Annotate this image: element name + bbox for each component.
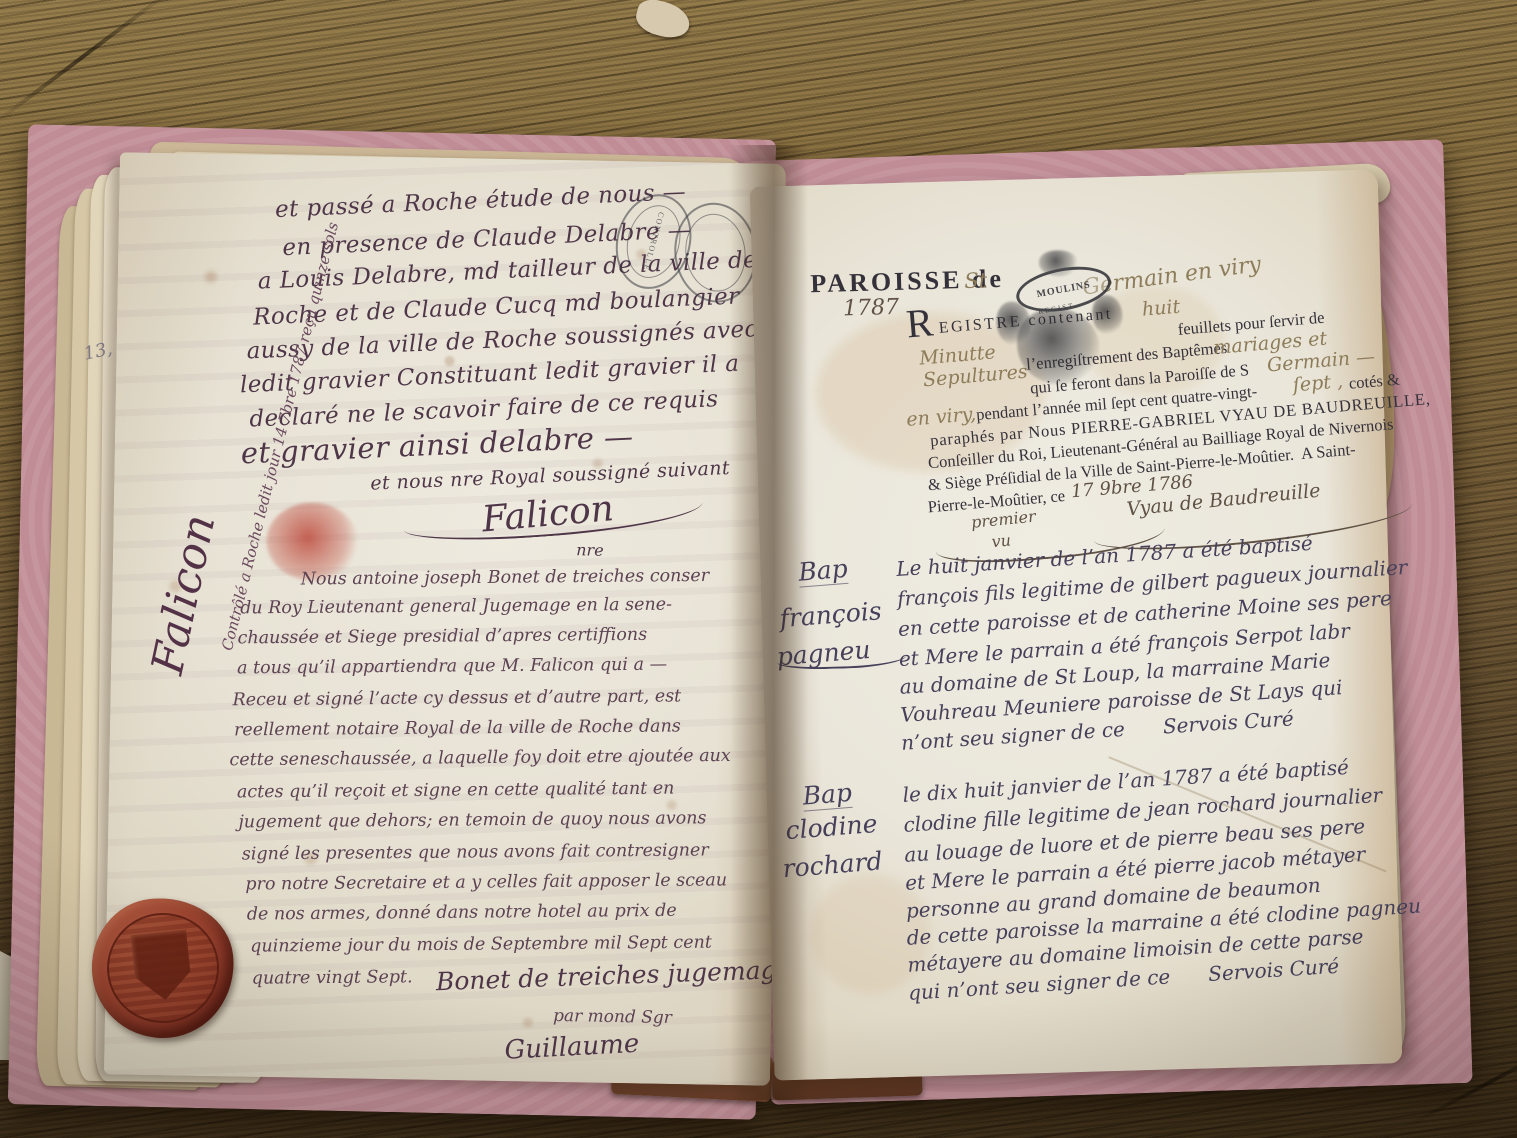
- photo-of-parish-register: et passé a Roche étude de nous — en pres…: [0, 0, 1517, 1138]
- photo-vignette: [0, 0, 1517, 1138]
